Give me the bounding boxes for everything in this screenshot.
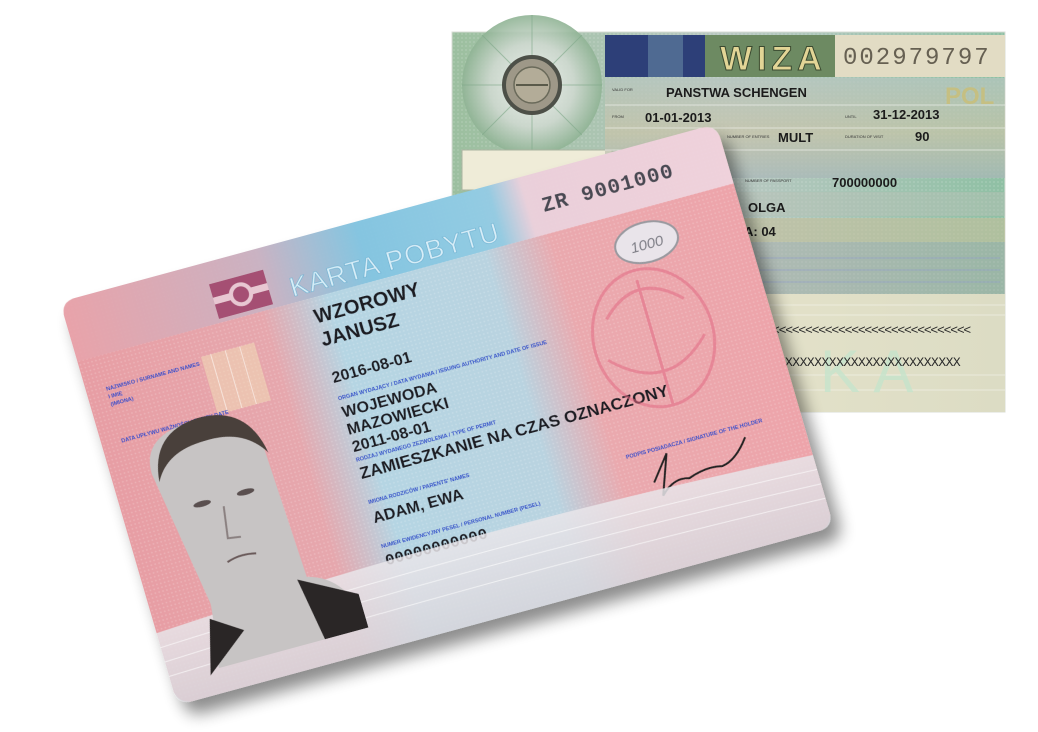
visa-until-date: 31-12-2013 <box>873 107 940 122</box>
visa-watermark: K A <box>820 338 913 405</box>
svg-text:FROM: FROM <box>612 114 624 119</box>
visa-country-code: POL <box>945 83 994 110</box>
svg-text:UNTIL: UNTIL <box>845 114 857 119</box>
visa-title: WIZA <box>720 40 827 78</box>
residence-card: KARTA POBYTU ZR 9001000 1000 NAZWISKO / … <box>60 124 834 705</box>
visa-mrz-line1: <<<<<<<<<<<<<<<<<<<<<<<<<<<<<< <box>772 323 971 338</box>
svg-text:NUMBER OF ENTRIES: NUMBER OF ENTRIES <box>727 134 770 139</box>
visa-passport-number: 700000000 <box>832 175 897 190</box>
visa-mrz-line2: XXXXXXXXXXXXXXXXXXXXXXXX <box>785 355 961 370</box>
visa-name: OLGA <box>748 200 786 215</box>
visa-entries: MULT <box>778 130 813 145</box>
visa-from-date: 01-01-2013 <box>645 110 712 125</box>
svg-text:DURATION OF VISIT: DURATION OF VISIT <box>845 134 884 139</box>
visa-seal-icon <box>462 15 602 155</box>
document-scene: WIZA 002979797 VALID FOR PANSTWA SCHENGE… <box>0 0 1038 732</box>
svg-text:NUMBER OF PASSPORT: NUMBER OF PASSPORT <box>745 178 792 183</box>
visa-duration: 90 <box>915 129 929 144</box>
visa-valid-for: PANSTWA SCHENGEN <box>666 85 807 100</box>
visa-number: 002979797 <box>843 45 991 72</box>
svg-text:VALID FOR: VALID FOR <box>612 87 633 92</box>
